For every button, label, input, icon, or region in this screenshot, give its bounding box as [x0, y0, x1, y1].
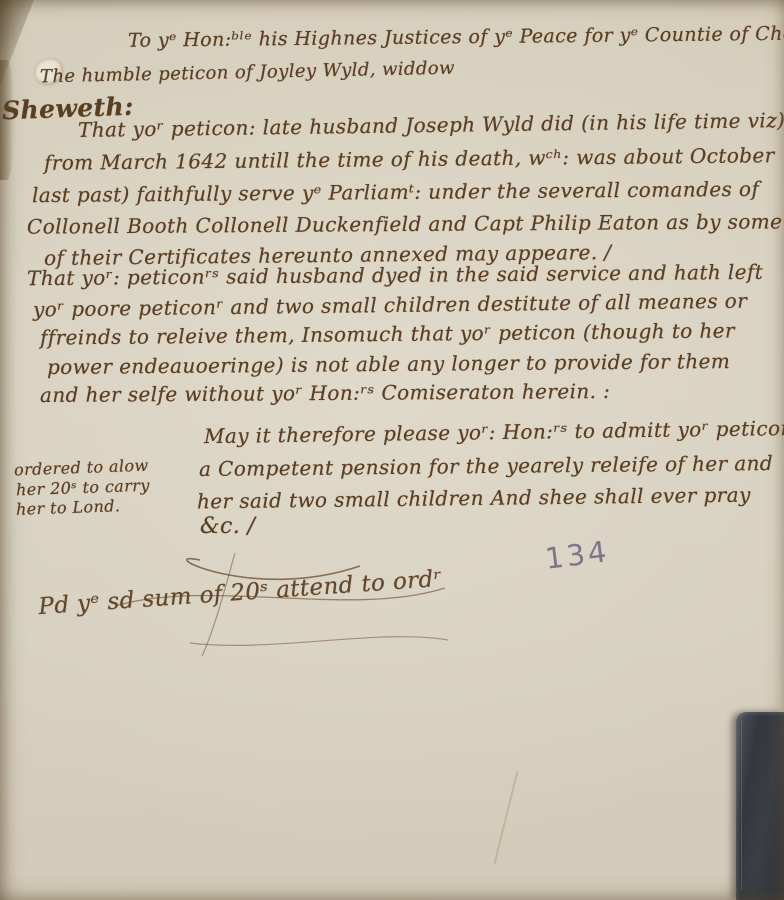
- prayer-line: a Competent pension for the yearely rele…: [199, 451, 773, 481]
- prayer-line: May it therefore please yoʳ: Hon:ʳˢ to a…: [204, 416, 784, 448]
- book-clamp: [736, 712, 784, 900]
- petition-body-line: last past) faithfully serve yᵉ Parliamᵗ:…: [32, 177, 759, 207]
- margin-annotation-line: her 20ˢ to carry: [16, 476, 150, 500]
- petition-body-line: ffreinds to releive them, Insomuch that …: [40, 318, 735, 349]
- petition-body-line: yoʳ poore peticonʳ and two small childre…: [33, 289, 747, 322]
- petition-title-line: The humble peticon of Joyley Wyld, widdo…: [40, 58, 455, 88]
- petition-body-line: power endeauoeringe) is not able any lon…: [47, 349, 730, 379]
- prayer-line: her said two small children And shee sha…: [197, 483, 751, 514]
- petition-body-line: That yoʳ peticon: late husband Joseph Wy…: [78, 108, 784, 142]
- petition-body-line: and her selfe without yoʳ Hon:ʳˢ Comiser…: [40, 379, 610, 407]
- docket-line: Pd yᵉ sd sum of 20ˢ attend to ordʳ: [38, 566, 443, 620]
- crease-line: [494, 771, 519, 864]
- petition-body-line: Collonell Booth Collonell Duckenfield an…: [27, 209, 782, 238]
- petition-body-line: from March 1642 untill the time of his d…: [44, 143, 775, 175]
- petition-body-line: That yoʳ: peticonʳˢ said husband dyed in…: [27, 260, 763, 290]
- petition-page: To yᵉ Hon:ᵇˡᵉ his Highnes Justices of yᵉ…: [0, 0, 784, 900]
- address-heading-line: To yᵉ Hon:ᵇˡᵉ his Highnes Justices of yᵉ…: [128, 22, 784, 51]
- margin-annotation-line: her to Lond.: [16, 496, 121, 519]
- folio-number-pencil: 134: [543, 534, 611, 576]
- prayer-line: &c. /: [200, 514, 255, 539]
